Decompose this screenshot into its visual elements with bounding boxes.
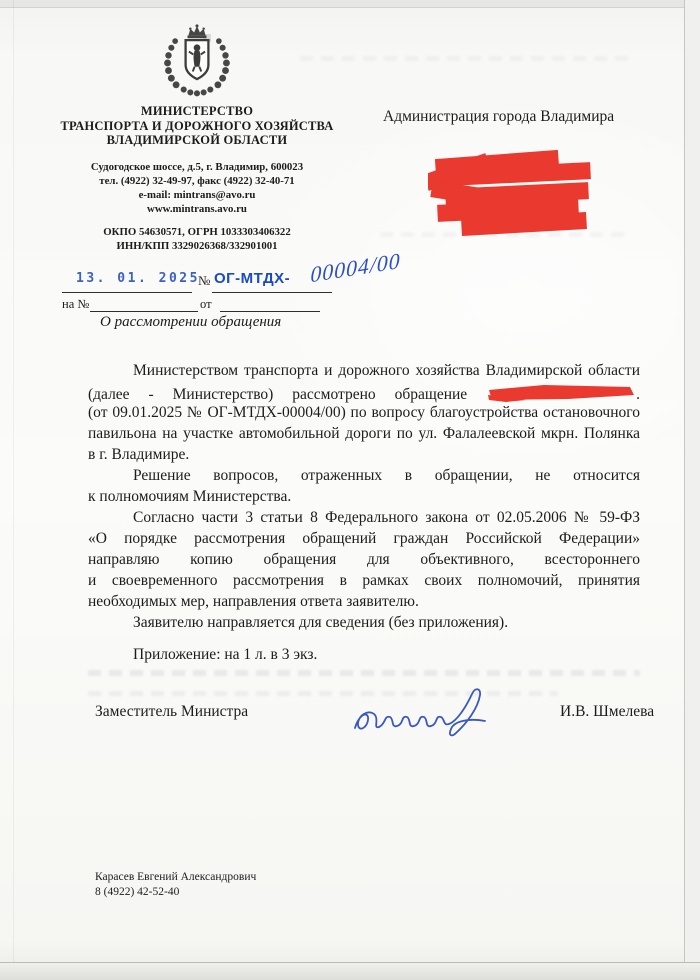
scan-edge-bottom: [0, 962, 700, 980]
scan-edge-right: [684, 0, 700, 980]
body-line: Решение вопросов, отраженных в обращении…: [88, 465, 640, 486]
body-line: (от 09.01.2025 № ОГ-МТДХ-00004/00) по во…: [88, 402, 640, 423]
bleedthrough-text-line: [88, 670, 640, 676]
redaction-scribble-recipient: [428, 150, 596, 242]
letterhead-website: www.mintrans.avo.ru: [52, 202, 342, 216]
executor-phone: 8 (4922) 42-52-40: [95, 885, 256, 900]
body-line: в г. Владимире.: [88, 444, 640, 465]
letterhead-contacts: Судогодское шоссе, д.5, г. Владимир, 600…: [52, 160, 342, 216]
body-line: Согласно части 3 статьи 8 Федерального з…: [88, 507, 640, 528]
letterhead-address: Судогодское шоссе, д.5, г. Владимир, 600…: [52, 160, 342, 174]
body-paragraph-3: Согласно части 3 статьи 8 Федерального з…: [88, 507, 640, 612]
ministry-name-line3: ВЛАДИМИРСКОЙ ОБЛАСТИ: [52, 133, 342, 148]
signer-position: Заместитель Министра: [95, 703, 248, 721]
coat-of-arms-icon: [159, 24, 235, 100]
body-paragraph-2: Решение вопросов, отраженных в обращении…: [88, 465, 640, 507]
letterhead-okpo-ogrn: ОКПО 54630571, ОГРН 1033303406322: [52, 225, 342, 239]
date-stamp: 13. 01. 2025: [76, 271, 200, 286]
body-line: направляю копию обращения для объективно…: [88, 549, 640, 570]
recipient: Администрация города Владимира: [383, 108, 683, 126]
body-line: и своевременного рассмотрения в рамках с…: [88, 570, 640, 591]
body-line: павильона на участке автомобильной дорог…: [88, 423, 640, 444]
bleedthrough-text-line: [300, 56, 630, 61]
body-paragraph-4: Заявителю направляется для сведения (без…: [88, 612, 640, 633]
letter-body: Министерством транспорта и дорожного хоз…: [88, 360, 640, 665]
letterhead-email: e-mail: mintrans@avo.ru: [52, 188, 342, 202]
reply-to-label: на №: [62, 297, 89, 312]
handwritten-number: 00004/00: [310, 248, 400, 289]
signer-name: И.В. Шмелева: [560, 703, 654, 721]
body-paragraph-1: Министерством транспорта и дорожного хоз…: [88, 360, 640, 465]
letterhead-phones: тел. (4922) 32-49-97, факс (4922) 32-40-…: [52, 174, 342, 188]
date-underline: [62, 291, 192, 293]
letterhead-registration-numbers: ОКПО 54630571, ОГРН 1033303406322 ИНН/КП…: [52, 225, 342, 253]
executor-contact: Карасев Евгений Александрович 8 (4922) 4…: [95, 870, 256, 900]
scanned-letter-page: МИНИСТЕРСТВО ТРАНСПОРТА И ДОРОЖНОГО ХОЗЯ…: [0, 0, 700, 980]
from-label: от: [200, 297, 212, 312]
outgoing-number-stamp: ОГ-МТДХ-: [214, 270, 290, 287]
attachment-line: Приложение: на 1 л. в 3 экз.: [88, 644, 640, 665]
scan-edge-left: [13, 0, 14, 980]
scan-edge-top: [0, 0, 700, 8]
signature-scribble: [345, 680, 505, 752]
body-text: .: [636, 386, 640, 403]
body-text: (далее - Министерство) рассмотрено обращ…: [88, 386, 467, 403]
body-line: Министерством транспорта и дорожного хоз…: [88, 360, 640, 381]
body-line-with-redaction: (далее - Министерство) рассмотрено обращ…: [88, 381, 640, 402]
number-underline: [212, 291, 332, 293]
body-line: необходимых мер, направления ответа заяв…: [88, 591, 640, 612]
reply-number-underline: [90, 310, 198, 312]
reply-date-underline: [220, 310, 320, 312]
letterhead: МИНИСТЕРСТВО ТРАНСПОРТА И ДОРОЖНОГО ХОЗЯ…: [52, 24, 342, 253]
letterhead-inn-kpp: ИНН/КПП 3329026368/332901001: [52, 239, 342, 253]
ministry-name-line2: ТРАНСПОРТА И ДОРОЖНОГО ХОЗЯЙСТВА: [52, 119, 342, 134]
body-line: «О порядке рассмотрения обращений гражда…: [88, 528, 640, 549]
body-line: к полномочиям Министерства.: [88, 486, 640, 507]
executor-name: Карасев Евгений Александрович: [95, 870, 256, 885]
ministry-name-line1: МИНИСТЕРСТВО: [52, 104, 342, 119]
number-sign: №: [198, 273, 210, 289]
subject-line: О рассмотрении обращения: [100, 314, 281, 331]
ministry-name: МИНИСТЕРСТВО ТРАНСПОРТА И ДОРОЖНОГО ХОЗЯ…: [52, 104, 342, 148]
